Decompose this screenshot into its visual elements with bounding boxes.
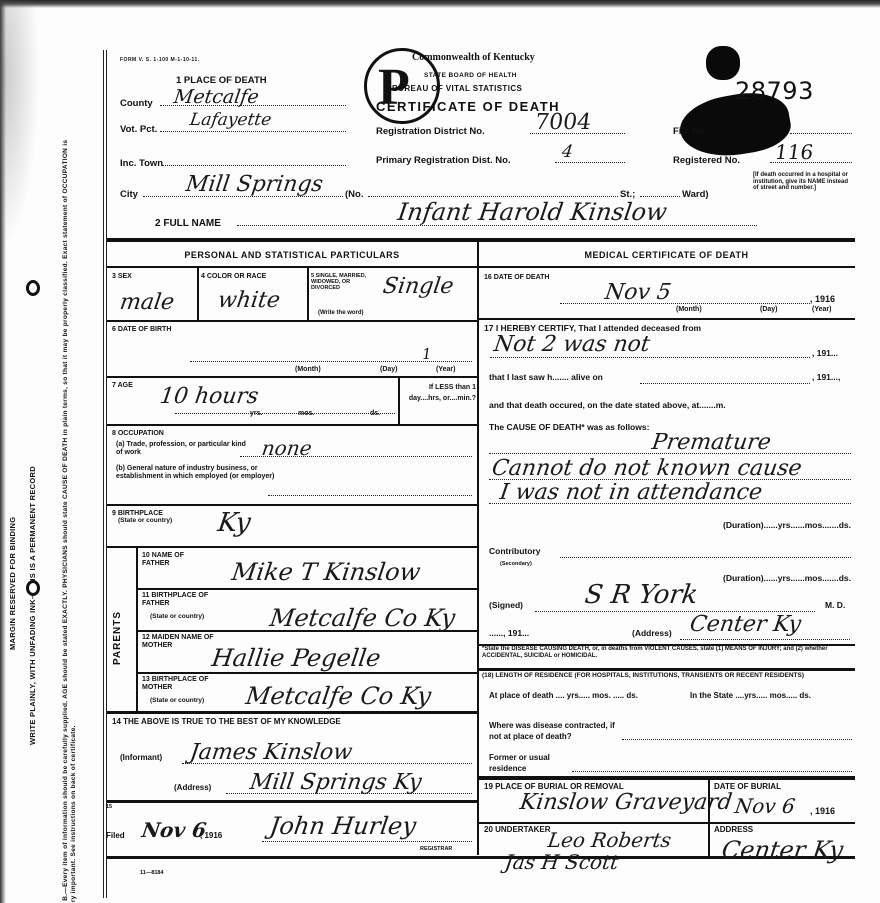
secondary-label: (Secondary) [500,561,532,567]
contributory-label: Contributory [489,548,540,556]
vot-pct-line [160,130,346,132]
death-date-value: Nov 5 [603,280,672,305]
signed-label: (Signed) [489,602,523,610]
scan-edge [0,0,880,8]
at-place-label: At place of death .... yrs..... mos. ...… [489,690,644,701]
print-code: 11—8184 [140,870,164,876]
file-line [790,132,852,134]
physician-signature: S R York [583,580,700,610]
form-border [103,50,107,898]
informant-address-label: (Address) [174,784,211,792]
registered-label: Registered No. [673,155,740,166]
ink-note: WRITE PLAINLY, WITH UNFADING INK—THIS IS… [28,466,37,745]
occurred-label: and that death occured, on the date stat… [489,402,726,410]
certify-value: Not 2 was not [492,332,651,357]
marital-value: Single [381,274,455,299]
row-rule [478,318,855,320]
place-of-death-label: 1 PLACE OF DEATH [176,75,267,86]
death-year-label: (Year) [812,306,831,314]
filed-label: Filed [106,832,125,840]
mother-bp-value: Metcalfe Co Ky [244,682,433,710]
row-rule [478,668,855,671]
row-rule [107,320,477,322]
residence-label: (18) LENGTH OF RESIDENCE (FOR HOSPITALS,… [482,672,852,680]
informant-label: (Informant) [120,754,162,762]
bureau-name: BUREAU OF VITAL STATISTICS [392,84,522,93]
cause-value-3: I was not in attendance [498,480,764,505]
row-rule [478,266,855,268]
filed-year: , 1916 [200,832,222,840]
row-rule [107,376,477,378]
binding-margin: MARGIN RESERVED FOR BINDING WRITE PLAINL… [0,40,100,900]
form-number: FORM V. S. 1-100 M-1-10-11. [120,57,200,63]
in-state-label: In the State ....yrs..... mos..... ds. [690,690,852,701]
row-rule [107,266,477,268]
cause-value-2: Cannot do not known cause [490,456,803,481]
less-than-label: If LESS than 1 day....hrs, or....min.? [402,382,476,404]
death-day-label: (Day) [760,306,778,314]
registrar-line [262,840,472,842]
former-residence-label: Former or usual residence [489,752,579,774]
undertaker-address-value: Center Ky [720,836,845,864]
contributory-line [560,556,851,558]
cause-value-1: Premature [650,430,772,455]
cell-divider [398,378,400,424]
column-divider [477,240,479,855]
death-date-line [560,302,810,304]
stamp-number: 28793 [735,77,814,105]
occupation-b-label: (b) General nature of industry business,… [116,465,276,480]
state-name: Commonwealth of Kentucky [412,52,535,63]
item-15: 15 [106,804,112,810]
vot-pct-value: Lafayette [189,110,273,130]
street-line [368,195,618,197]
dob-month: (Month) [295,366,321,374]
age-mos: mos. [298,410,314,418]
last-saw-line [640,382,810,384]
burial-date-label: DATE OF BURIAL [714,783,781,791]
physician-address-value: Center Ky [688,612,802,637]
row-rule [137,588,477,590]
mother-bp-label: 13 BIRTHPLACE OF MOTHER [142,676,212,691]
undertaker-address-label: ADDRESS [714,826,753,834]
cause-label: The CAUSE OF DEATH* was as follows: [489,424,649,432]
cell-divider [197,268,199,320]
section-rule [107,238,855,242]
burial-place-value: Kinslow Graveyard [518,790,733,815]
filed-date: Nov 6 [140,818,207,842]
row-rule [107,504,477,506]
birthplace-value: Ky [216,508,253,538]
race-value: white [216,288,281,313]
death-month-label: (Month) [676,306,702,314]
occupation-label: 8 OCCUPATION [112,430,164,438]
ward-line [640,195,680,197]
hospital-note: [If death occurred in a hospital or inst… [753,172,853,192]
occupation-a-label: (a) Trade, profession, or particular kin… [116,441,246,456]
punch-hole [26,580,40,596]
occupation-a-value: none [260,436,313,460]
certificate-title: CERTIFICATE OF DEATH [376,99,560,114]
age-ds: ds. [370,410,380,418]
occupation-b-line [268,494,472,496]
birthplace-hint: (State or country) [118,518,172,524]
physician-address-line [680,638,850,640]
mother-bp-hint: (State or country) [150,698,204,704]
undertaker-label: 20 UNDERTAKER [484,826,551,834]
registered-value: 116 [773,140,815,164]
age-yrs: yrs. [250,410,262,418]
contracted-line [622,738,852,740]
redaction-mark [706,46,740,80]
file-label: File No. [673,126,707,137]
row-rule [478,822,855,824]
father-bp-hint: (State or country) [150,614,204,620]
district-value: 7004 [533,110,593,135]
row-rule [137,672,477,674]
binding-note: MARGIN RESERVED FOR BINDING [8,517,17,650]
informant-value: James Kinslow [188,740,354,765]
truth-statement: 14 THE ABOVE IS TRUE TO THE BEST OF MY K… [112,718,341,726]
sex-value: male [118,290,176,315]
full-name-value: Infant Harold Kinslow [396,198,669,226]
informant-address-value: Mill Springs Ky [248,770,423,795]
contracted-label: Where was disease contracted, if not at … [489,720,629,742]
inc-town-line [162,164,346,166]
marital-label: 5 SINGLE, MARRIED, WIDOWED, OR DIVORCED [311,273,371,291]
row-rule [478,776,855,780]
father-bp-value: Metcalfe Co Ky [268,604,457,632]
father-bp-label: 11 BIRTHPLACE OF FATHER [142,592,212,607]
former-residence-line [572,770,852,772]
duration-label: (Duration)......yrs......mos.......ds. [489,522,851,530]
burial-year: , 1916 [810,808,835,816]
row-rule [107,711,477,714]
instructions-note: N. B.—Every item of information should b… [62,130,78,903]
mother-name-value: Hallie Pegelle [210,644,382,672]
signed-year: ......, 191... [489,630,529,638]
vot-pct-label: Vot. Pct. [120,124,157,135]
race-label: 4 COLOR OR RACE [201,273,266,281]
inc-town-label: Inc. Town [120,158,163,169]
ward-label: Ward) [682,189,709,200]
dob-label: 6 DATE OF BIRTH [112,326,171,334]
row-rule [107,800,477,803]
county-label: County [120,98,153,109]
sex-label: 3 SEX [112,273,132,281]
last-saw-label: that I last saw h....... alive on [489,374,603,382]
burial-date-value: Nov 6 [733,794,796,818]
cell-divider [708,780,710,856]
undertaker-value-2: Jas H Scott [503,850,620,874]
physician-address-label: (Address) [632,630,672,638]
last-saw-year: , 191..., [812,374,840,382]
city-value: Mill Springs [184,172,324,197]
marital-hint: (Write the word) [318,310,364,316]
age-line [175,412,395,414]
dob-year: (Year) [436,366,455,374]
district-label: Registration District No. [376,126,485,137]
age-value: 10 hours [158,384,260,409]
row-rule [107,546,477,548]
md-label: M. D. [825,602,845,610]
registrar-signature: John Hurley [268,812,418,840]
registrar-label: REGISTRAR [420,846,452,852]
row-rule [137,630,477,632]
city-label: City [120,189,138,200]
parents-label: PARENTS [112,611,123,665]
row-rule [107,424,477,426]
cell-divider [307,268,309,320]
death-date-label: 16 DATE OF DEATH [484,274,549,282]
county-value: Metcalfe [172,86,260,108]
dob-day: (Day) [380,366,398,374]
full-name-label: 2 FULL NAME [155,218,221,229]
certify-year: , 191... [812,350,838,358]
primary-dist-label: Primary Registration Dist. No. [376,155,511,166]
father-name-value: Mike T Kinslow [230,558,422,586]
father-name-label: 10 NAME OF FATHER [142,552,202,567]
cause-footnote: *State the DISEASE CAUSING DEATH, or, in… [482,646,852,660]
primary-dist-value: 4 [561,142,575,162]
punch-hole [26,280,40,296]
death-year: , 1916 [810,296,835,304]
medical-heading: MEDICAL CERTIFICATE OF DEATH [478,250,855,260]
mother-name-label: 12 MAIDEN NAME OF MOTHER [142,634,222,649]
undertaker-value: Leo Roberts [546,828,672,852]
age-label: 7 AGE [112,382,133,390]
board-name: STATE BOARD OF HEALTH [424,72,517,79]
personal-heading: PERSONAL AND STATISTICAL PARTICULARS [107,250,477,260]
street-no-label: (No. [345,189,363,200]
